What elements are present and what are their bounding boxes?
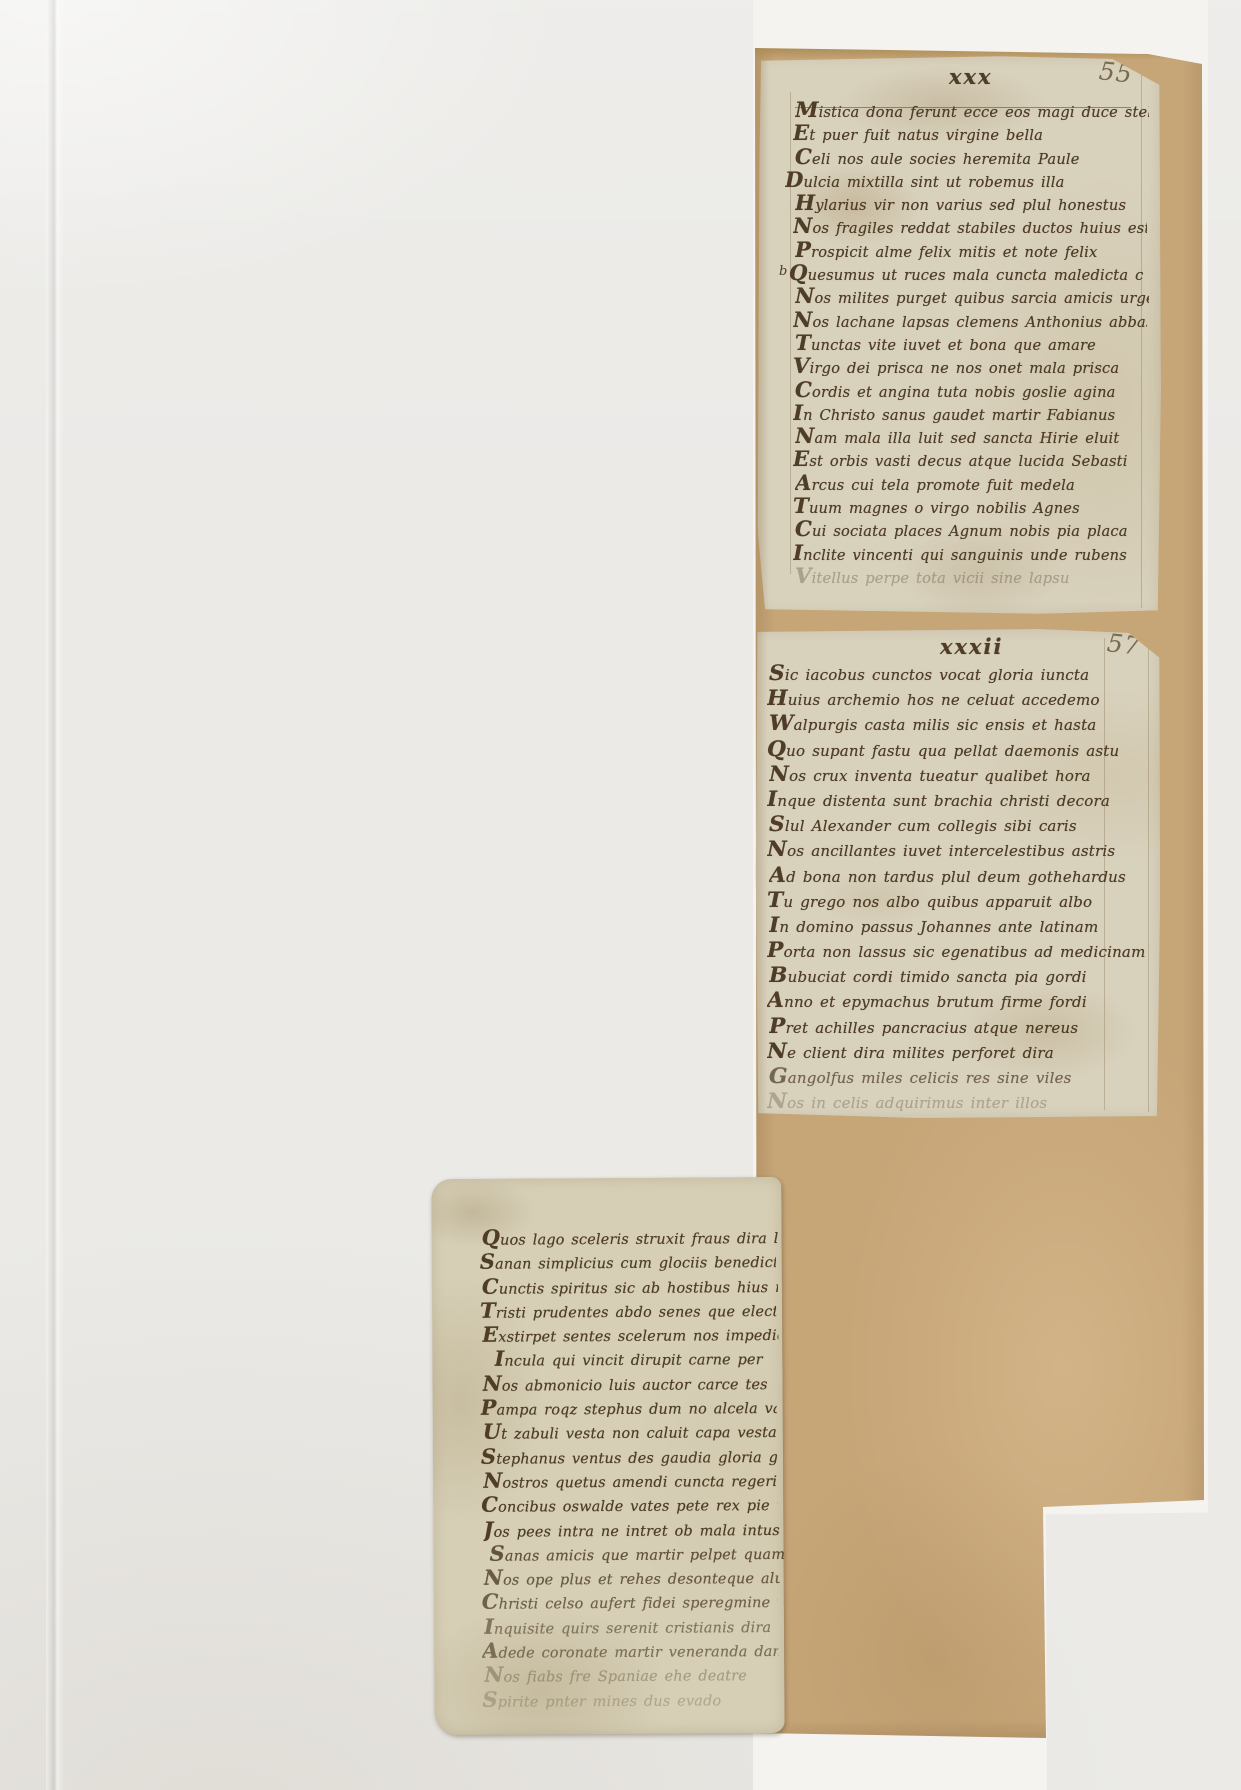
- manuscript-text-line: Nos lachane lapsas clemens Anthonius abb…: [793, 308, 1147, 331]
- manuscript-text-line: Inquisite quirs serenit cristianis dira: [484, 1613, 780, 1639]
- manuscript-text-line: Nos milites purget quibus sarcia amicis …: [795, 284, 1149, 307]
- marginal-mark: b: [779, 264, 787, 279]
- manuscript-text-line: Gangolfus miles celicis res sine viles: [769, 1064, 1153, 1089]
- manuscript-text-line: Spirite pnter mines dus evado: [482, 1686, 778, 1712]
- manuscript-text-line: Celi nos aule socies heremita Paule: [795, 145, 1149, 168]
- manuscript-text-line: Mistica dona ferunt ecce eos magi duce s…: [795, 98, 1149, 121]
- manuscript-text-line: Tuum magnes o virgo nobilis Agnes: [793, 494, 1147, 517]
- manuscript-text-line: Quesumus ut ruces mala cuncta maledicta …: [789, 261, 1143, 284]
- manuscript-text-line: Exstirpet sentes scelerum nos impediente…: [482, 1321, 778, 1347]
- manuscript-text-line: Quo supant fastu qua pellat daemonis ast…: [767, 737, 1151, 762]
- manuscript-text-line: Pret achilles pancracius atque nereus: [769, 1014, 1153, 1039]
- manuscript-text-line: Et puer fuit natus virgine bella: [793, 121, 1147, 144]
- manuscript-text-line: Nos in celis adquirimus inter illos: [767, 1089, 1151, 1114]
- manuscript-text-line: Walpurgis casta milis sic ensis et hasta: [769, 711, 1153, 736]
- manuscript-text-line: Stephanus ventus des gaudia gloria geri: [481, 1443, 777, 1469]
- manuscript-text-line: Inque distenta sunt brachia christi deco…: [767, 787, 1151, 812]
- manuscript-text-line: Est orbis vasti decus atque lucida Sebas…: [793, 447, 1147, 470]
- manuscript-text-line: Virgo dei prisca ne nos onet mala prisca: [793, 354, 1147, 377]
- manuscript-text-line: Huius archemio hos ne celuat accedemo: [767, 686, 1151, 711]
- manuscript-text-line: Cunctis spiritus sic ab hostibus hius ma…: [482, 1273, 778, 1299]
- manuscript-text-line: Incula qui vincit dirupit carne per: [494, 1345, 790, 1371]
- manuscript-leaf-upper: xxx 55 b Mistica dona ferunt ecce eos ma…: [757, 54, 1161, 616]
- manuscript-text-line: Vitellus perpe tota vicii sine lapsu: [795, 564, 1149, 587]
- manuscript-text-line: Concibus oswalde vates pete rex pie vald…: [481, 1491, 777, 1517]
- manuscript-text-line: Jos pees intra ne intret ob mala intus: [483, 1516, 779, 1542]
- manuscript-text-line: Ut zabuli vesta non caluit capa vesta: [483, 1418, 779, 1444]
- manuscript-text-line: Quos lago sceleris struxit fraus dira le…: [482, 1224, 778, 1250]
- manuscript-text-line: Nos abmonicio luis auctor carce tes: [482, 1370, 778, 1396]
- manuscript-text-line: Porta non lassus sic egenatibus ad medic…: [767, 938, 1151, 963]
- text-block: Sic iacobus cunctos vocat gloria iunctaH…: [767, 661, 1151, 1114]
- manuscript-text-line: Sanas amicis que martir pelpet quam sipe…: [490, 1540, 786, 1566]
- manuscript-leaf-lower: Quos lago sceleris struxit fraus dira le…: [431, 1177, 784, 1735]
- chapter-numeral: xxx: [949, 64, 993, 89]
- manuscript-text-line: Nostros quetus amendi cuncta regeri: [483, 1467, 779, 1493]
- manuscript-text-line: Anno et epymachus brutum firme fordi: [767, 988, 1151, 1013]
- manuscript-text-line: Nos ancillantes iuvet intercelestibus as…: [767, 837, 1151, 862]
- manuscript-text-line: Nos crux inventa tueatur qualibet hora: [769, 762, 1153, 787]
- manuscript-text-line: Pampa roqz stephus dum no alcela vans: [481, 1394, 777, 1420]
- manuscript-leaf-middle: xxxii 57 Sic iacobus cunctos vocat glori…: [755, 628, 1161, 1120]
- manuscript-text-line: Inclite vincenti qui sanguinis unde rube…: [793, 541, 1147, 564]
- manuscript-text-line: Dulcia mixtilla sint ut robemus illa: [785, 168, 1139, 191]
- manuscript-text-line: Hylarius vir non varius sed plul honestu…: [795, 191, 1149, 214]
- manuscript-photograph: xxx 55 b Mistica dona ferunt ecce eos ma…: [0, 0, 1241, 1790]
- manuscript-text-line: Bubuciat cordi timido sancta pia gordi: [769, 963, 1153, 988]
- manuscript-text-line: Nos fiabs fre Spaniae ehe deatre: [484, 1661, 780, 1687]
- manuscript-text-line: Nos fragiles reddat stabiles ductos huiu…: [793, 214, 1147, 237]
- chapter-numeral: xxxii: [940, 634, 1004, 659]
- manuscript-text-line: Nam mala illa luit sed sancta Hirie elui…: [795, 424, 1149, 447]
- manuscript-text-line: Nos ope plus et rehes desonteque alustri: [484, 1564, 780, 1590]
- manuscript-text-line: Tristi prudentes abdo senes que electes: [480, 1297, 776, 1323]
- text-block: Quos lago sceleris struxit fraus dira le…: [480, 1224, 779, 1712]
- text-block: Mistica dona ferunt ecce eos magi duce s…: [793, 98, 1147, 587]
- manuscript-text-line: Slul Alexander cum collegis sibi caris: [769, 812, 1153, 837]
- manuscript-text-line: Prospicit alme felix mitis et note felix: [795, 238, 1149, 261]
- manuscript-text-line: Cui sociata places Agnum nobis pia placa: [795, 517, 1149, 540]
- manuscript-text-line: Cordis et angina tuta nobis goslie agina: [795, 378, 1149, 401]
- manuscript-text-line: Sic iacobus cunctos vocat gloria iuncta: [769, 661, 1153, 686]
- album-page-fold: [46, 0, 64, 1790]
- manuscript-text-line: In domino passus Johannes ante latinam: [769, 913, 1153, 938]
- manuscript-text-line: Christi celso aufert fidei speregmine va…: [482, 1588, 778, 1614]
- manuscript-text-line: Ad bona non tardus plul deum gothehardus: [769, 863, 1153, 888]
- manuscript-text-line: Arcus cui tela promote fuit medela: [795, 471, 1149, 494]
- manuscript-text-line: Sanan simplicius cum glociis benedictis: [480, 1248, 776, 1274]
- manuscript-text-line: In Christo sanus gaudet martir Fabianus: [793, 401, 1147, 424]
- ruling-line: [790, 92, 791, 574]
- manuscript-text-line: Tu grego nos albo quibus apparuit albo: [767, 888, 1151, 913]
- manuscript-text-line: Ne client dira milites perforet dira: [767, 1039, 1151, 1064]
- manuscript-text-line: Adede coronate martir veneranda dama: [482, 1637, 778, 1663]
- manuscript-text-line: Tunctas vite iuvet et bona que amare: [795, 331, 1149, 354]
